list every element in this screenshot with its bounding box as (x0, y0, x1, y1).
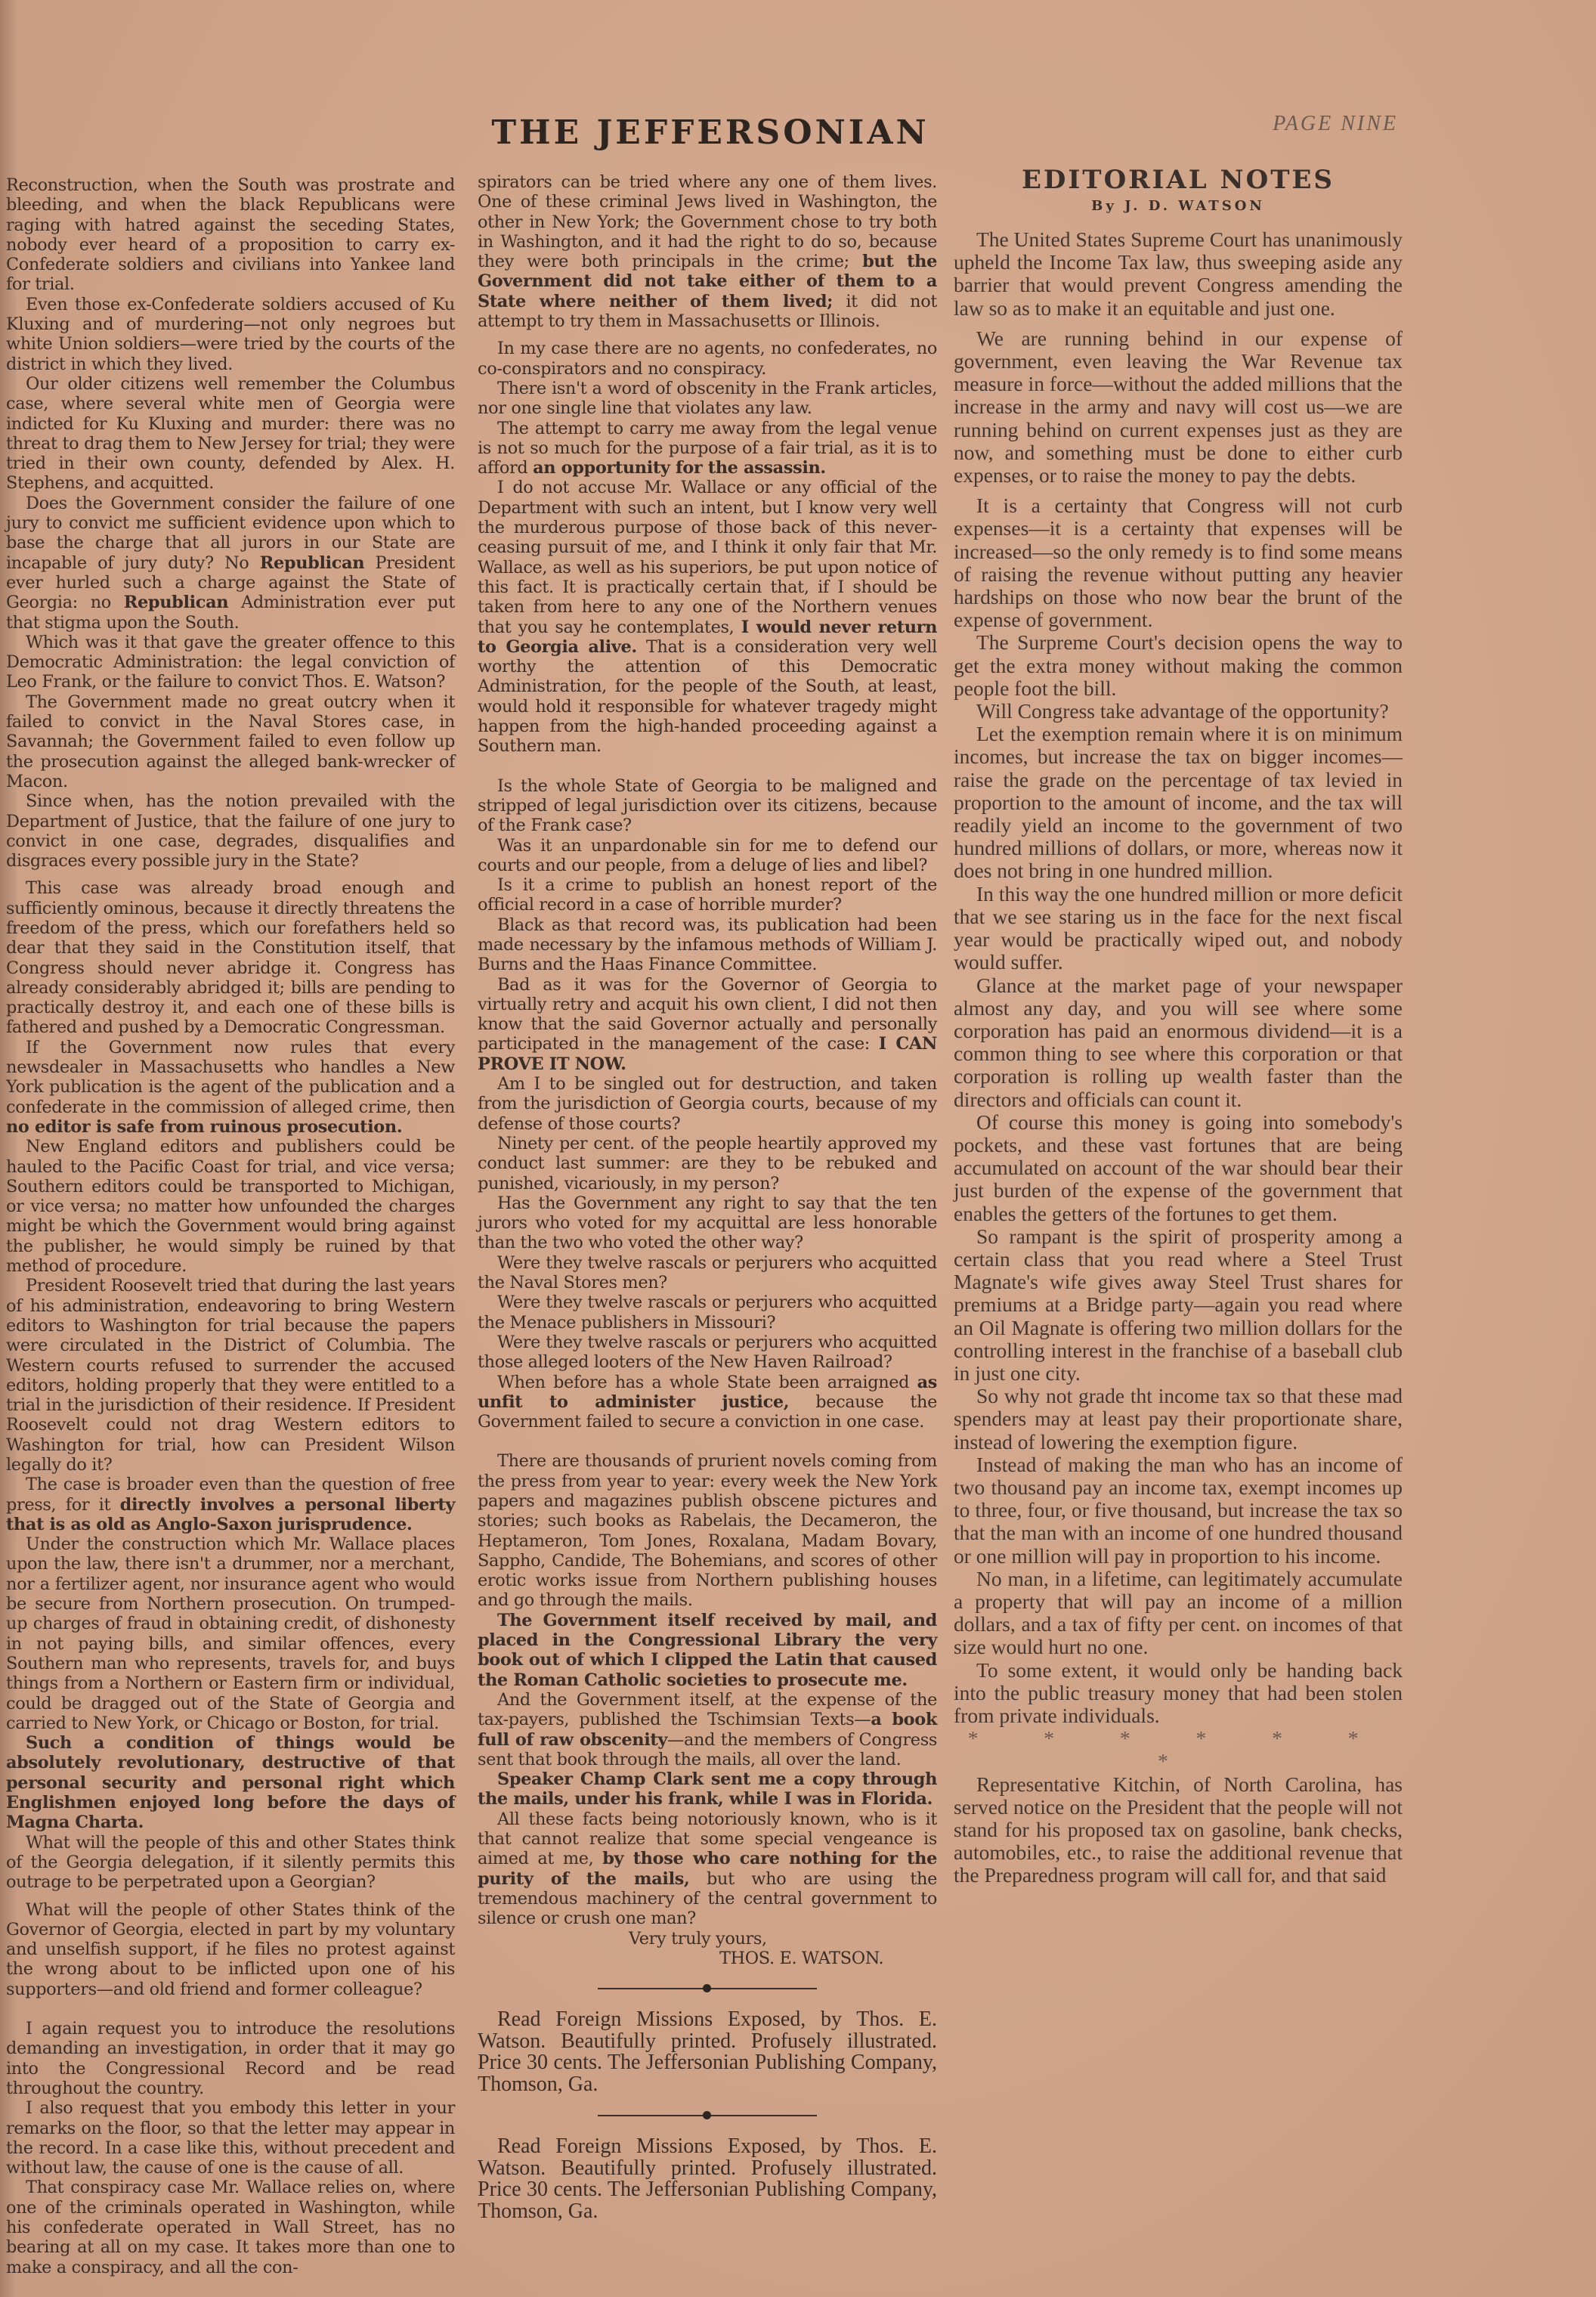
paragraph: I also request that you embody this lett… (6, 2098, 455, 2178)
paragraph: In this way the one hundred million or m… (954, 883, 1403, 974)
bold-text: Republican (260, 553, 364, 573)
paragraph: If the Government now rules that every n… (6, 1038, 455, 1137)
advertisement: Read Foreign Missions Exposed, by Thos. … (478, 2009, 937, 2095)
paragraph: I again request you to introduce the res… (6, 2019, 455, 2098)
paragraph: This case was already broad enough and s… (6, 878, 455, 1037)
paragraph: Representative Kitchin, of North Carolin… (954, 1773, 1403, 1887)
paragraph: Does the Government consider the failure… (6, 494, 455, 633)
text: If the Government now rules that every n… (6, 1038, 455, 1117)
paragraph: Which was it that gave the greater offen… (6, 633, 455, 692)
paragraph: President Roosevelt tried that during th… (6, 1276, 455, 1475)
editorial-heading: EDITORIAL NOTES (954, 165, 1403, 195)
spacer (478, 331, 937, 339)
paragraph: Under the construction which Mr. Wallace… (6, 1534, 455, 1733)
paragraph: Ninety per cent. of the people heartily … (478, 1134, 937, 1193)
section-divider (598, 2107, 817, 2124)
editorial-byline: By J. D. WATSON (954, 198, 1403, 214)
paragraph: New England editors and publishers could… (6, 1137, 455, 1276)
paragraph: Were they twelve rascals or perjurers wh… (478, 1333, 937, 1373)
paragraph: Were they twelve rascals or perjurers wh… (478, 1292, 937, 1333)
paragraph: Has the Government any right to say that… (478, 1193, 937, 1253)
newspaper-page: THE JEFFERSONIAN PAGE NINE Reconstructio… (0, 0, 1596, 2297)
letter-signature: THOS. E. WATSON. (478, 1949, 937, 1968)
paragraph: Were they twelve rascals or perjurers wh… (478, 1253, 937, 1293)
masthead-title: THE JEFFERSONIAN (453, 113, 967, 152)
paragraph: There are thousands of prurient novels c… (478, 1451, 937, 1610)
column-3: The United States Supreme Court has unan… (954, 228, 1403, 1887)
paragraph: Bad as it was for the Governor of Georgi… (478, 975, 937, 1074)
paragraph: Is the whole State of Georgia to be mali… (478, 776, 937, 836)
divider-dot-icon (703, 1984, 711, 1992)
paragraph: Of course this money is going into someb… (954, 1111, 1403, 1225)
bold-text: Republican (124, 593, 228, 612)
paragraph: No man, in a lifetime, can legitimately … (954, 1568, 1403, 1659)
page-number: PAGE NINE (1273, 112, 1398, 136)
paragraph: What will the people of this and other S… (6, 1833, 455, 1893)
paragraph: The Surpreme Court's decision opens the … (954, 631, 1403, 700)
paragraph: Even those ex-Confederate soldiers accus… (6, 295, 455, 374)
paragraph: That conspiracy case Mr. Wallace relies … (6, 2178, 455, 2277)
section-divider (598, 1980, 817, 1997)
paragraph: Instead of making the man who has an inc… (954, 1453, 1403, 1568)
paragraph: Since when, has the notion prevailed wit… (6, 791, 455, 871)
paragraph: The Government made no great outcry when… (6, 692, 455, 791)
paragraph: So why not grade tht income tax so that … (954, 1385, 1403, 1453)
paragraph: We are running behind in our expense of … (954, 327, 1403, 487)
paragraph: To some extent, it would only be handing… (954, 1659, 1403, 1728)
spacer (478, 757, 937, 776)
paragraph: Is it a crime to publish an honest repor… (478, 875, 937, 915)
letter-closing: Very truly yours, (478, 1929, 937, 1949)
text: Bad as it was for the Governor of Georgi… (478, 975, 937, 1054)
paragraph: Glance at the market page of your newspa… (954, 974, 1403, 1111)
spacer (6, 1893, 455, 1900)
paragraph: Our older citizens well remember the Col… (6, 374, 455, 494)
paragraph: The Government itself received by mail, … (478, 1611, 937, 1690)
text: I do not accuse Mr. Wallace or any offic… (478, 478, 937, 636)
bold-text: no editor is safe from ruinous prosecuti… (6, 1117, 402, 1137)
section-separator: * * * * * * * (954, 1727, 1403, 1772)
text: And the Government itself, at the expens… (478, 1690, 937, 1729)
paragraph: In my case there are no agents, no confe… (478, 339, 937, 379)
paragraph: So rampant is the spirit of prosperity a… (954, 1225, 1403, 1385)
paragraph: Speaker Champ Clark sent me a copy throu… (478, 1769, 937, 1809)
paragraph: The United States Supreme Court has unan… (954, 228, 1403, 320)
advertisement: Read Foreign Missions Exposed, by Thos. … (478, 2136, 937, 2222)
column-1: Reconstruction, when the South was prost… (6, 175, 455, 2277)
spacer (6, 871, 455, 878)
paragraph: The case is broader even than the questi… (6, 1475, 455, 1534)
divider-dot-icon (703, 2111, 711, 2119)
paragraph: Such a condition of things would be abso… (6, 1733, 455, 1832)
paragraph: There isn't a word of obscenity in the F… (478, 379, 937, 419)
paragraph: Black as that record was, its publicatio… (478, 915, 937, 975)
paragraph: When before has a whole State been arrai… (478, 1373, 937, 1432)
column-2: spirators can be tried where any one of … (478, 172, 937, 2222)
bold-text: an opportunity for the assassin. (533, 458, 826, 478)
text: When before has a whole State been arrai… (497, 1373, 917, 1392)
paragraph: I do not accuse Mr. Wallace or any offic… (478, 478, 937, 756)
paragraph: What will the people of other States thi… (6, 1900, 455, 1999)
paragraph: The attempt to carry me away from the le… (478, 419, 937, 478)
spacer (478, 1432, 937, 1451)
paragraph: Was it an unpardonable sin for me to def… (478, 836, 937, 876)
paragraph: Am I to be singled out for destruction, … (478, 1074, 937, 1134)
paragraph: Reconstruction, when the South was prost… (6, 175, 455, 295)
paragraph: All these facts being notoriously known,… (478, 1809, 937, 1929)
spacer (6, 1999, 455, 2019)
paragraph: It is a certainty that Congress will not… (954, 494, 1403, 631)
paragraph: Will Congress take advantage of the oppo… (954, 700, 1403, 723)
paragraph: And the Government itself, at the expens… (478, 1690, 937, 1769)
paragraph: spirators can be tried where any one of … (478, 172, 937, 331)
paragraph: Let the exemption remain where it is on … (954, 723, 1403, 882)
